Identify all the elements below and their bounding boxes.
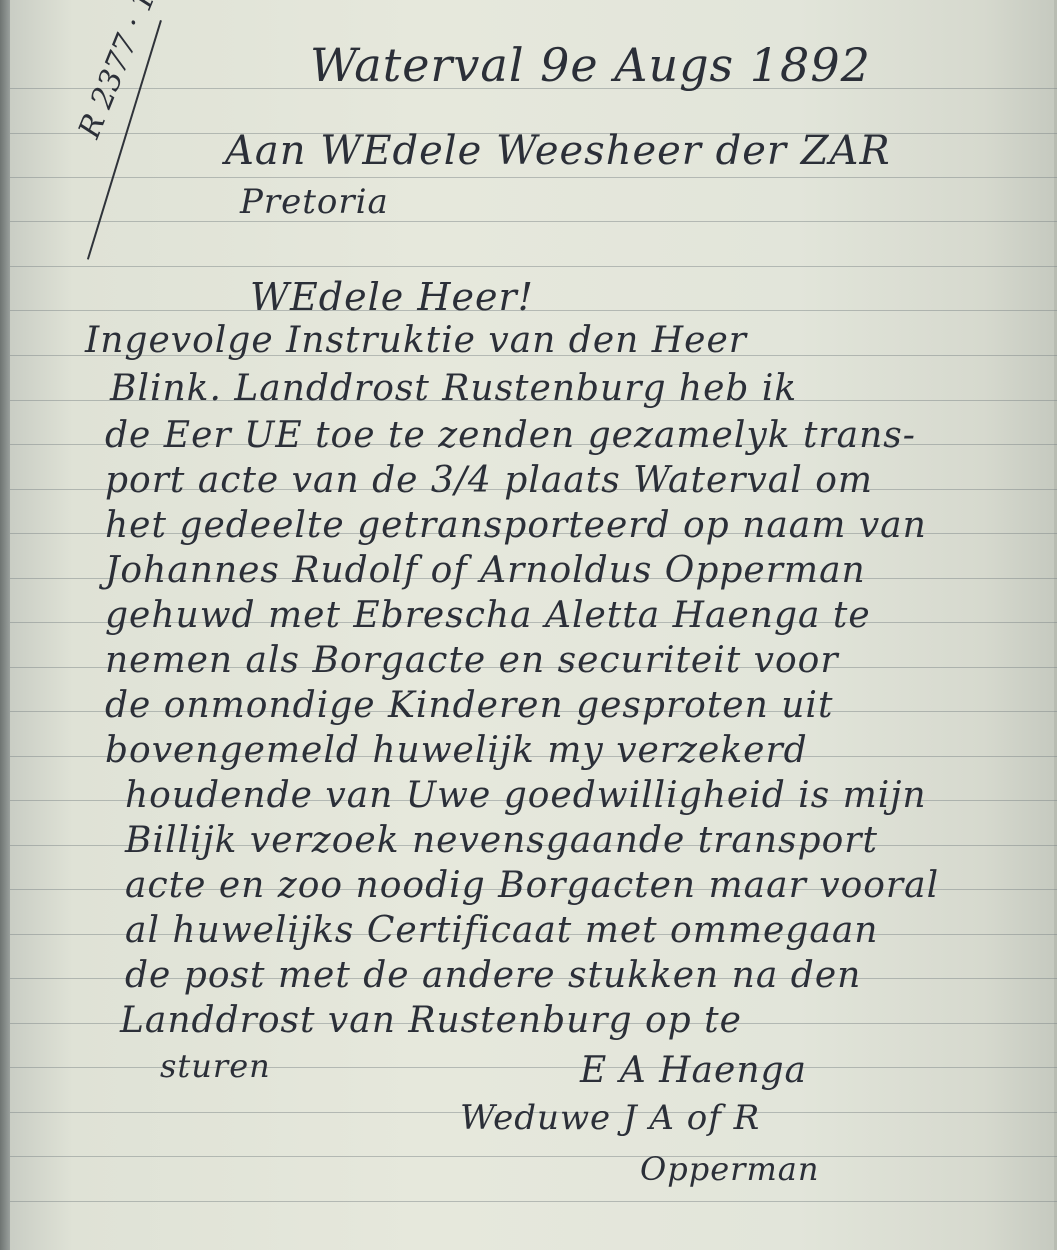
signature-line-3: Opperman [640,1150,819,1188]
place-date: Waterval 9e Augs 1892 [310,38,871,92]
salutation: WEdele Heer! [250,275,534,319]
ruled-line [10,221,1057,222]
body-line: het gedeelte getransporteerd op naam van [105,505,927,546]
addressee-line-1: Aan WEdele Weesheer der ZAR [225,128,891,174]
body-line: Landdrost van Rustenburg op te [120,1000,742,1041]
ruled-line [10,1156,1057,1157]
body-line: Blink. Landdrost Rustenburg heb ik [110,368,797,409]
body-line: de onmondige Kinderen gesproten uit [105,685,833,726]
body-line: acte en zoo noodig Borgacten maar vooral [125,865,939,906]
body-line: sturen [160,1047,271,1085]
signature-line-2: Weduwe J A of R [460,1098,760,1138]
body-line: gehuwd met Ebrescha Aletta Haenga te [105,595,871,636]
body-line: Ingevolge Instruktie van den Heer [85,320,747,361]
ruled-line [10,1201,1057,1202]
body-line: de Eer UE toe te zenden gezamelyk trans- [105,415,916,456]
body-line: bovengemeld huwelijk my verzekerd [105,730,808,771]
ruled-line [10,266,1057,267]
ruled-line [10,177,1057,178]
body-line: Johannes Rudolf of Arnoldus Opperman [105,550,866,591]
body-line: al huwelijks Certificaat met ommegaan [125,910,878,951]
signature-name: E A Haenga [580,1050,807,1091]
body-line: de post met de andere stukken na den [125,955,861,996]
body-line: Billijk verzoek nevensgaande transport [125,820,878,861]
body-line: houdende van Uwe goedwilligheid is mijn [125,775,927,816]
body-line: port acte van de 3/4 plaats Waterval om [105,460,873,501]
addressee-line-2: Pretoria [240,182,389,222]
body-line: nemen als Borgacte en securiteit voor [105,640,839,681]
letter-page: R 2377 · 12th 1/92 Waterval 9e Augs 1892… [10,0,1057,1250]
margin-reference-note: R 2377 · 12th 1/92 [72,0,211,143]
